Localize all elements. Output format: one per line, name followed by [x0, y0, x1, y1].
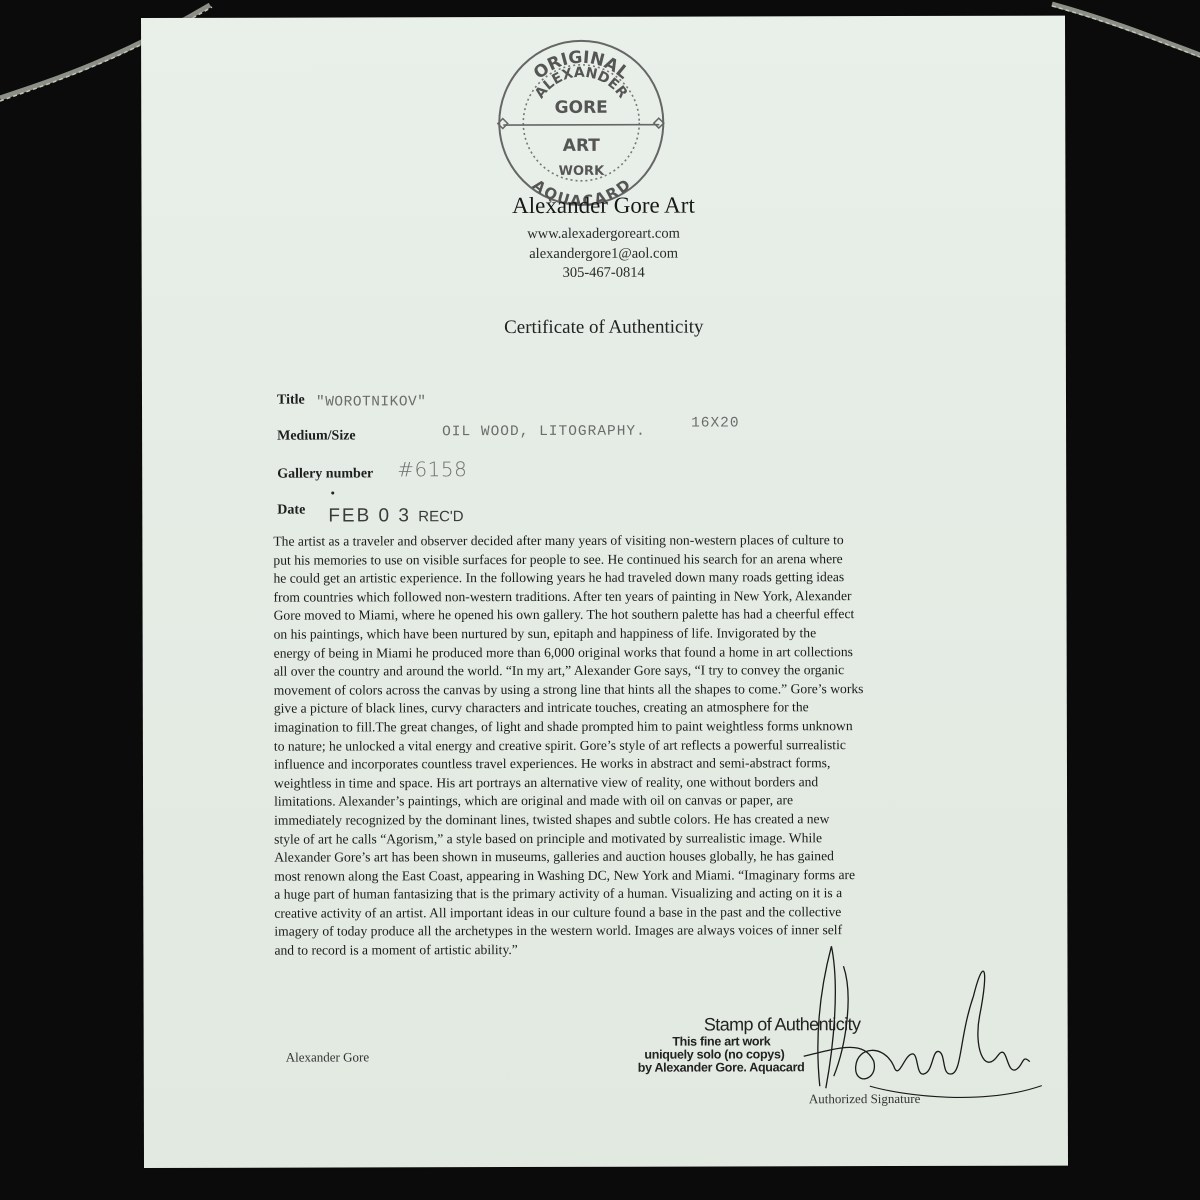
medium-value: OIL WOOD, LITOGRAPHY. — [442, 424, 646, 441]
biography-line: immediately recognized by the dominant l… — [274, 810, 974, 830]
biography-line: he could get an artistic experience. In … — [273, 568, 973, 588]
title-value: "WOROTNIKOV" — [316, 394, 426, 410]
svg-text:GORE: GORE — [555, 98, 608, 118]
biography-line: limitations. Alexander’s paintings, whic… — [274, 791, 974, 811]
date-stamp: FEB 0 3 REC'D — [328, 505, 463, 527]
biography-line: The artist as a traveler and observer de… — [273, 531, 973, 551]
biography-line: Alexander Gore’s art has been shown in m… — [274, 847, 974, 867]
biography-line: to nature; he unlocked a vital energy an… — [274, 735, 974, 755]
date-value: FEB 0 3 — [328, 505, 411, 526]
website-text: www.alexadergoreart.com — [142, 224, 1066, 246]
signer-name: Alexander Gore — [286, 1049, 369, 1065]
stray-dot — [331, 491, 334, 494]
certificate-heading: Certificate of Authenticity — [142, 316, 1066, 340]
biography-line: Gore moved to Miami, where he opened his… — [274, 605, 974, 625]
title-label: Title — [277, 393, 305, 409]
date-label: Date — [277, 503, 305, 519]
handwritten-signature — [783, 936, 1043, 1107]
biography-line: style of art he calls “Agorism,” a style… — [274, 828, 974, 848]
biography-line: imagination to fill.The great changes, o… — [274, 717, 974, 737]
gallery-number-value: #6158 — [397, 457, 467, 481]
medium-size-label: Medium/Size — [277, 428, 356, 444]
date-received-suffix: REC'D — [418, 508, 463, 525]
contact-block: www.alexadergoreart.com alexandergore1@a… — [142, 224, 1066, 285]
original-art-stamp: ORIGINAL ALEXANDER GORE ART WORK AQUACAR… — [495, 37, 667, 209]
biography-line: influence and incorporates countless tra… — [274, 754, 974, 774]
biography-line: energy of being in Miami he produced mor… — [274, 642, 974, 662]
email-text: alexandergore1@aol.com — [142, 243, 1066, 265]
biography-line: give a picture of black lines, curvy cha… — [274, 698, 974, 718]
svg-text:WORK: WORK — [559, 164, 605, 179]
organization-name: Alexander Gore Art — [141, 192, 1065, 220]
biography-line: creative activity of an artist. All impo… — [274, 903, 974, 923]
gallery-number-label: Gallery number — [277, 466, 373, 482]
certificate-paper: ORIGINAL ALEXANDER GORE ART WORK AQUACAR… — [141, 16, 1068, 1168]
biography-line: on his paintings, which have been nurtur… — [274, 624, 974, 644]
biography-line: put his memories to use on visible surfa… — [273, 549, 973, 569]
biography-line: all over the country and around the worl… — [274, 661, 974, 681]
stamp-auth-line: by Alexander Gore. Aquacard — [638, 1061, 805, 1074]
biography-line: weightless in time and space. His art po… — [274, 773, 974, 793]
phone-text: 305-467-0814 — [142, 263, 1066, 285]
svg-text:ART: ART — [563, 136, 601, 156]
biography-line: from countries which followed non-wester… — [273, 587, 973, 607]
biography-line: movement of colors across the canvas by … — [274, 680, 974, 700]
authorized-signature-label: Authorized Signature — [809, 1091, 921, 1107]
artist-biography: The artist as a traveler and observer de… — [273, 531, 974, 960]
biography-line: most renown along the East Coast, appear… — [274, 866, 974, 886]
biography-line: a huge part of human fantasizing that is… — [274, 884, 974, 904]
size-value: 16X20 — [691, 415, 740, 431]
